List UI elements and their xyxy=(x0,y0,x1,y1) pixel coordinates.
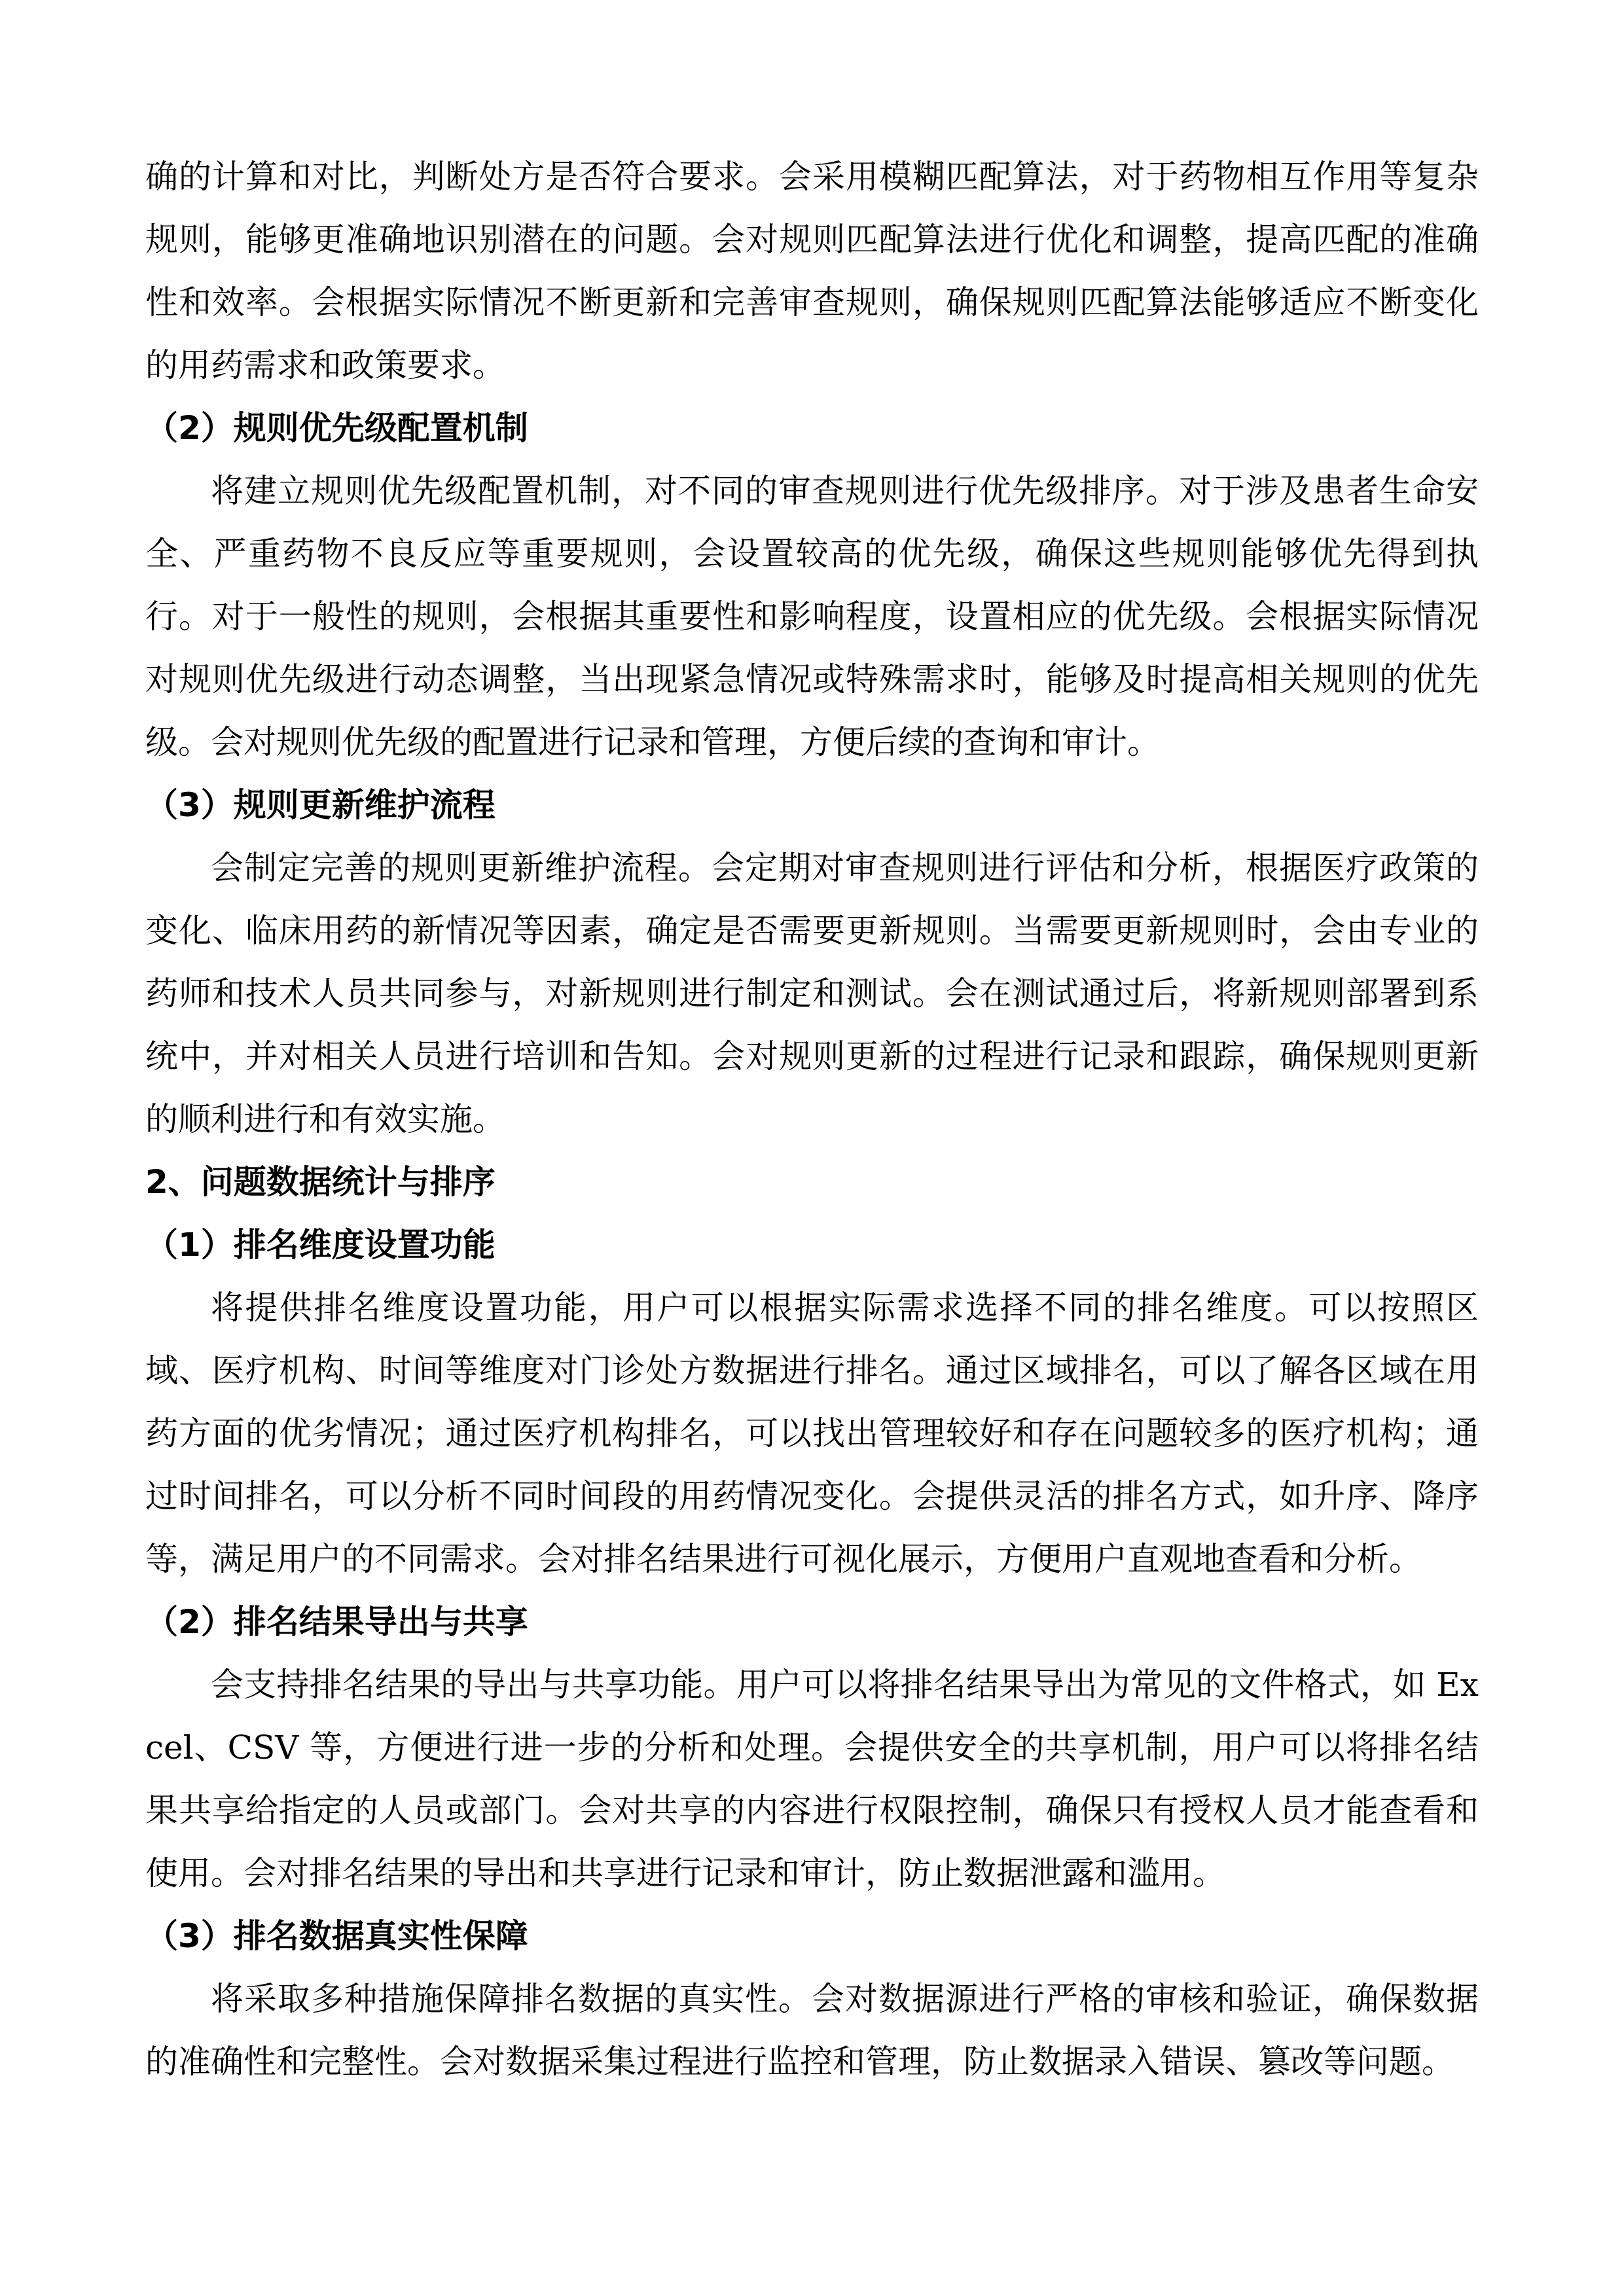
sub-heading: （3）规则更新维护流程 xyxy=(145,774,1479,836)
document-content: 确的计算和对比，判断处方是否符合要求。会采用模糊匹配算法，对于药物相互作用等复杂… xyxy=(145,145,1479,2093)
paragraph: 将采取多种措施保障排名数据的真实性。会对数据源进行严格的审核和验证，确保数据的准… xyxy=(145,1967,1479,2093)
sub-heading: （2）排名结果导出与共享 xyxy=(145,1590,1479,1653)
paragraph: 将提供排名维度设置功能，用户可以根据实际需求选择不同的排名维度。可以按照区域、医… xyxy=(145,1276,1479,1590)
sub-heading: （2）规则优先级配置机制 xyxy=(145,397,1479,459)
paragraph: 将建立规则优先级配置机制，对不同的审查规则进行优先级排序。对于涉及患者生命安全、… xyxy=(145,459,1479,774)
document-page: 确的计算和对比，判断处方是否符合要求。会采用模糊匹配算法，对于药物相互作用等复杂… xyxy=(0,0,1624,2296)
continuation: 确的计算和对比，判断处方是否符合要求。会采用模糊匹配算法，对于药物相互作用等复杂… xyxy=(145,145,1479,397)
section-heading: 2、问题数据统计与排序 xyxy=(145,1151,1479,1213)
sub-heading: （1）排名维度设置功能 xyxy=(145,1213,1479,1276)
paragraph: 会支持排名结果的导出与共享功能。用户可以将排名结果导出为常见的文件格式，如 Ex… xyxy=(145,1653,1479,1905)
sub-heading: （3）排名数据真实性保障 xyxy=(145,1905,1479,1967)
paragraph: 会制定完善的规则更新维护流程。会定期对审查规则进行评估和分析，根据医疗政策的变化… xyxy=(145,836,1479,1151)
